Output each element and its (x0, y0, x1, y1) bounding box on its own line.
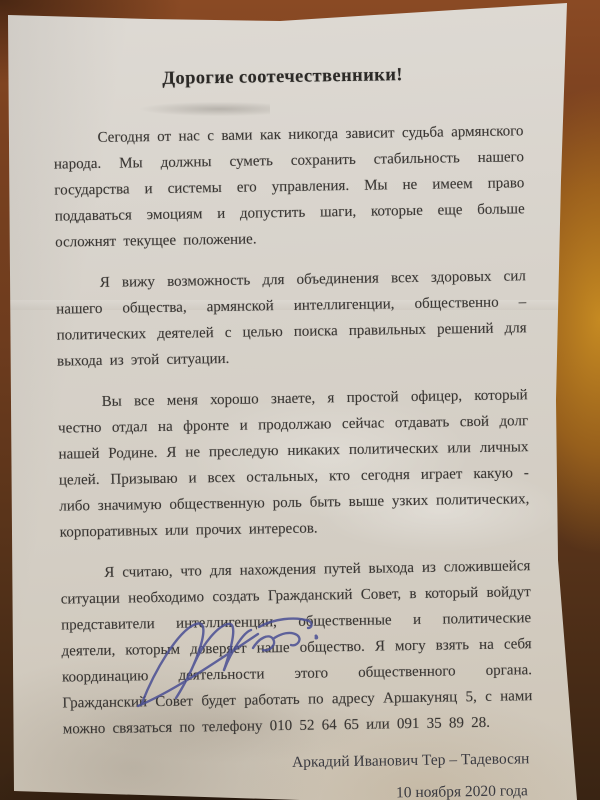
letter-paragraph: Я вижу возможность для объединения всех … (56, 263, 528, 374)
signature-block: Аркадий Иванович Тер – Тадевосян 10 нояб… (63, 750, 534, 800)
letter-body: Сегодня от нас с вами как никогда зависи… (53, 118, 533, 742)
signatory-name: Аркадий Иванович Тер – Тадевосян (63, 750, 529, 775)
letter-paper: Дорогие соотечественники! Сегодня от нас… (0, 0, 600, 800)
letter-paragraph: Вы все меня хорошо знаете, я простой офи… (57, 382, 529, 545)
letter-content: Дорогие соотечественники! Сегодня от нас… (52, 33, 534, 800)
letter-paragraph: Я считаю, что для нахождения путей выход… (60, 553, 533, 742)
letter-paragraph: Сегодня от нас с вами как никогда зависи… (53, 118, 525, 255)
letter-title: Дорогие соотечественники! (52, 63, 512, 91)
